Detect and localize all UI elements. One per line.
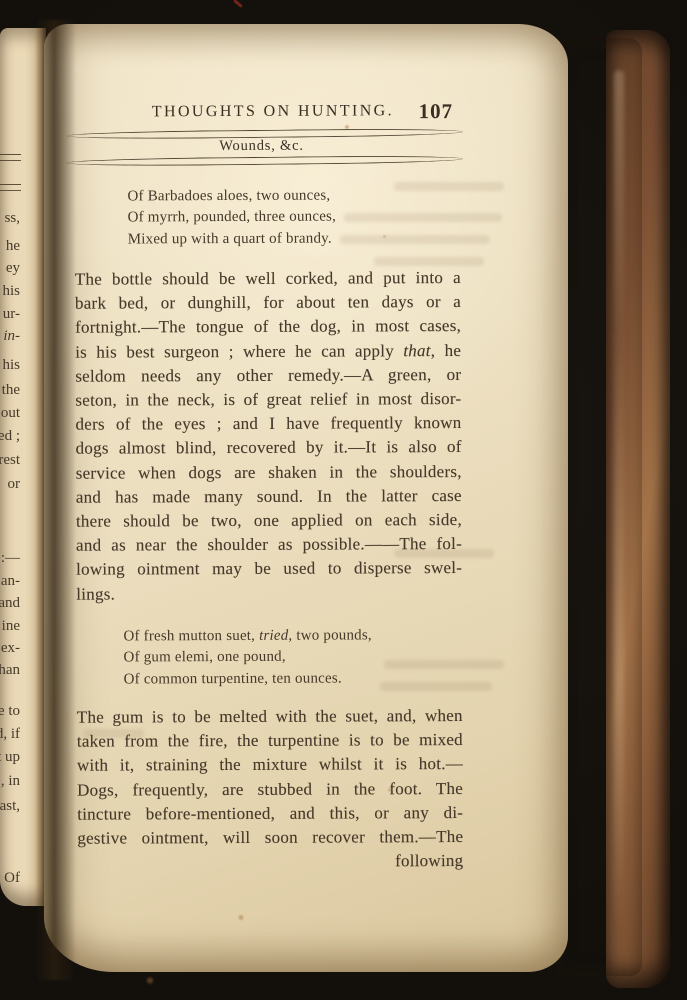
facing-page-text-fragment: ed ; xyxy=(0,426,20,446)
facing-page-text-fragment: ex- xyxy=(1,638,20,658)
text-line: lowing ointment may be used to disperse … xyxy=(76,556,462,582)
section-heading: Wounds, &c. xyxy=(74,137,448,156)
facing-page-text-fragment: or xyxy=(8,474,21,494)
text-line: Of fresh mutton suet, tried, two pounds, xyxy=(123,625,372,647)
paragraph-gum-melted: The gum is to be melted with the suet, a… xyxy=(77,704,464,875)
page-header: THOUGHTS ON HUNTING. 107 xyxy=(74,102,460,126)
text-line: Dogs, frequently, are stubbed in the foo… xyxy=(77,777,463,803)
page-number: 107 xyxy=(419,99,454,124)
facing-page-text-fragments: ss,heeyhisur-in-histheouted ;restor:—an-… xyxy=(0,28,21,906)
text-line: The bottle should be well corked, and pu… xyxy=(75,266,461,292)
facing-page-text-fragment: d, if xyxy=(0,724,20,744)
text-line: Of gum elemi, one pound, xyxy=(123,647,372,669)
text-line: with it, straining the mixture whilst it… xyxy=(77,752,463,778)
recipe-block-ointment: Of fresh mutton suet, tried, two pounds,… xyxy=(123,625,372,690)
text-line: there should be two, one applied on each… xyxy=(76,508,462,534)
recipe-block-aloes: Of Barbadoes aloes, two ounces,Of myrrh,… xyxy=(127,186,336,251)
facing-page-text-fragment: :— xyxy=(1,548,20,568)
paragraph-bottle-seton: The bottle should be well corked, and pu… xyxy=(75,266,462,607)
foxing-spot xyxy=(145,976,155,985)
text-line: taken from the fire, the turpentine is t… xyxy=(77,728,463,754)
text-line: and as near the shoulder as possible.——T… xyxy=(76,532,462,558)
text-line: service when dogs are shaken in the shou… xyxy=(76,460,462,486)
text-line: Of myrrh, pounded, three ounces, xyxy=(128,207,337,229)
facing-page-text-fragment: his xyxy=(2,355,20,375)
facing-page-text-fragment: ss, xyxy=(5,208,20,228)
text-line: Mixed up with a quart of brandy. xyxy=(128,228,337,250)
text-line: bark bed, or dunghill, for about ten day… xyxy=(75,290,461,316)
facing-page-text-fragment: the xyxy=(2,380,20,400)
facing-page-text-fragment: and xyxy=(0,593,20,613)
double-rule xyxy=(66,155,463,167)
facing-page-text-fragment: he xyxy=(6,236,20,256)
page-content: THOUGHTS ON HUNTING. 107 Wounds, &c. Of … xyxy=(74,23,464,973)
text-line: Of Barbadoes aloes, two ounces, xyxy=(127,186,336,208)
facing-page-text-fragment: t up xyxy=(0,747,20,767)
text-line: The gum is to be melted with the suet, a… xyxy=(77,704,463,730)
text-line: seldom needs any other remedy.—A green, … xyxy=(75,363,461,389)
facing-page-text-fragment: ur- xyxy=(3,304,20,324)
facing-page-edge: ss,heeyhisur-in-histheouted ;restor:—an-… xyxy=(0,28,46,906)
text-line: seton, in the neck, is of great relief i… xyxy=(75,387,461,413)
text-line: tincture before-mentioned, and this, or … xyxy=(77,801,463,827)
text-line: dogs almost blind, recovered by it.—It i… xyxy=(76,435,462,461)
facing-page-text-fragment: , in xyxy=(1,771,20,791)
facing-page-text-fragment: east, xyxy=(0,796,20,816)
page-block-fore-edge xyxy=(556,38,642,976)
facing-page-text-fragment: Of xyxy=(4,868,20,888)
facing-page-text-fragment: han xyxy=(0,660,20,680)
facing-page-text-fragment: rest xyxy=(0,450,20,470)
text-line: is his best surgeon ; where he can apply… xyxy=(75,339,461,365)
facing-page-text-fragment: e to xyxy=(0,701,20,721)
facing-page-text-fragment: ey xyxy=(6,258,20,278)
facing-page-text-fragment: an- xyxy=(1,571,20,591)
text-line: following xyxy=(77,849,463,875)
text-line: lings. xyxy=(76,581,462,607)
dust-fiber xyxy=(233,0,243,8)
facing-page-text-fragment: ine xyxy=(2,616,20,636)
text-line: fortnight.—The tongue of the dog, in mos… xyxy=(75,314,461,340)
facing-page-text-fragment: in- xyxy=(3,326,20,346)
book-page: THOUGHTS ON HUNTING. 107 Wounds, &c. Of … xyxy=(44,24,568,972)
text-line: ders of the eyes ; and I have frequently… xyxy=(75,411,461,437)
text-line: and has made many sound. In the latter c… xyxy=(76,484,462,510)
running-title: THOUGHTS ON HUNTING. xyxy=(152,102,394,121)
facing-page-text-fragment: his xyxy=(2,281,20,301)
book-photo: ss,heeyhisur-in-histheouted ;restor:—an-… xyxy=(0,0,687,1000)
facing-page-text-fragment: out xyxy=(1,403,20,423)
text-line: Of common turpentine, ten ounces. xyxy=(124,668,373,690)
text-line: gestive ointment, will soon recover them… xyxy=(77,825,463,851)
